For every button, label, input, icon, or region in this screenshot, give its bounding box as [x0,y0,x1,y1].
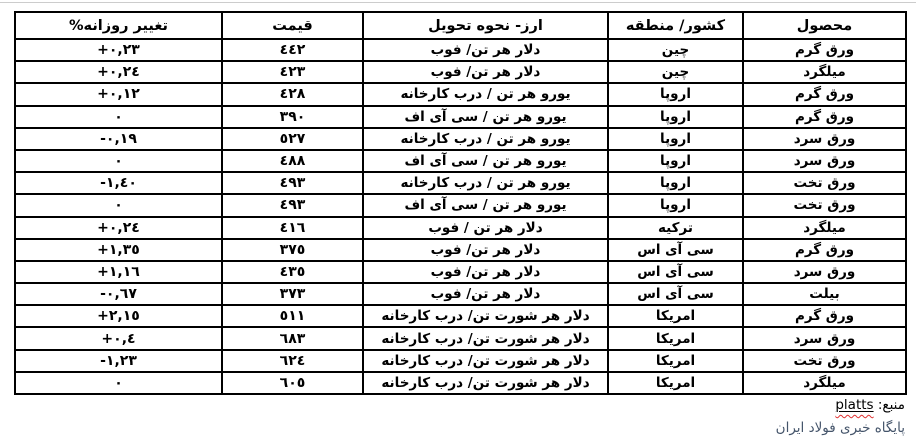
change-cell: +٠,٢٤ [15,217,222,239]
table-row: ورق تخت امریکا دلار هر شورت تن/ درب کارخ… [15,350,906,372]
source-line: منبع: platts [835,397,905,413]
change-cell: ٠ [15,150,222,172]
price-cell: ٤٢٨ [222,83,363,105]
table-row: میلگرد ترکیه دلار هر تن / فوب ٤١٦ +٠,٢٤ [15,217,906,239]
price-cell: ٦٢٤ [222,350,363,372]
change-cell: -١,٤٠ [15,172,222,194]
spellcheck-squiggle: platts [835,397,873,413]
price-cell: ٤٨٨ [222,150,363,172]
product-cell: میلگرد [743,372,906,394]
price-cell: ٣٩٠ [222,106,363,128]
price-cell: ٥١١ [222,305,363,327]
table-row: میلگرد چین دلار هر تن/ فوب ٤٢٣ +٠,٢٤ [15,61,906,83]
product-cell: میلگرد [743,61,906,83]
currency-cell: دلار هر تن/ فوب [363,239,608,261]
region-cell: چین [608,39,743,61]
region-cell: اروپا [608,172,743,194]
table-row: میلگرد امریکا دلار هر شورت تن/ درب کارخا… [15,372,906,394]
currency-cell: دلار هر تن/ فوب [363,39,608,61]
price-cell: ٥٢٧ [222,128,363,150]
header-row: محصول کشور/ منطقه ارز- نحوه تحویل قیمت ت… [15,12,906,39]
region-cell: امریکا [608,327,743,349]
price-cell: ٣٧٥ [222,239,363,261]
site-name: پایگاه خبری فولاد ایران [776,420,905,436]
region-cell: امریکا [608,372,743,394]
currency-cell: دلار هر شورت تن/ درب کارخانه [363,350,608,372]
table-row: ورق گرم سی آی اس دلار هر تن/ فوب ٣٧٥ +١,… [15,239,906,261]
product-cell: ورق گرم [743,239,906,261]
change-cell: +٠,٢٣ [15,39,222,61]
region-cell: اروپا [608,150,743,172]
product-cell: ورق گرم [743,39,906,61]
currency-cell: دلار هر شورت تن/ درب کارخانه [363,327,608,349]
change-cell: ٠ [15,106,222,128]
currency-cell: دلار هر تن/ فوب [363,283,608,305]
region-cell: امریکا [608,350,743,372]
change-cell: -٠,١٩ [15,128,222,150]
change-cell: -٠,٦٧ [15,283,222,305]
region-cell: سی آی اس [608,239,743,261]
product-cell: ورق سرد [743,150,906,172]
region-cell: امریکا [608,305,743,327]
table-row: ورق گرم چین دلار هر تن/ فوب ٤٤٢ +٠,٢٣ [15,39,906,61]
table-row: ورق گرم اروپا یورو هر تن / درب کارخانه ٤… [15,83,906,105]
product-cell: ورق گرم [743,106,906,128]
product-cell: میلگرد [743,217,906,239]
region-cell: اروپا [608,128,743,150]
table-row: ورق تخت اروپا یورو هر تن / سی آی اف ٤٩٣ … [15,194,906,216]
change-cell: +٠,٤ [15,327,222,349]
product-cell: بیلت [743,283,906,305]
currency-cell: یورو هر تن / سی آی اف [363,150,608,172]
currency-cell: دلار هر شورت تن/ درب کارخانه [363,305,608,327]
region-cell: اروپا [608,83,743,105]
price-cell: ٤٤٢ [222,39,363,61]
currency-cell: دلار هر شورت تن/ درب کارخانه [363,372,608,394]
currency-cell: دلار هر تن / فوب [363,217,608,239]
change-cell: +٠,٢٤ [15,61,222,83]
source-link[interactable]: platts [835,397,873,413]
region-cell: سی آی اس [608,261,743,283]
header-currency-terms: ارز- نحوه تحویل [363,12,608,39]
change-cell: +٠,١٢ [15,83,222,105]
currency-cell: دلار هر تن/ فوب [363,61,608,83]
change-cell: -١,٢٣ [15,350,222,372]
change-cell: ٠ [15,194,222,216]
table-header: محصول کشور/ منطقه ارز- نحوه تحویل قیمت ت… [15,12,906,39]
price-cell: ٤٢٣ [222,61,363,83]
table-row: ورق سرد امریکا دلار هر شورت تن/ درب کارخ… [15,327,906,349]
product-cell: ورق گرم [743,305,906,327]
header-country-region: کشور/ منطقه [608,12,743,39]
header-product: محصول [743,12,906,39]
change-cell: +١,٣٥ [15,239,222,261]
source-label: منبع: [878,397,905,413]
table-row: ورق تخت اروپا یورو هر تن / درب کارخانه ٤… [15,172,906,194]
table-row: ورق گرم امریکا دلار هر شورت تن/ درب کارخ… [15,305,906,327]
price-cell: ٣٧٣ [222,283,363,305]
table-row: ورق سرد اروپا یورو هر تن / درب کارخانه ٥… [15,128,906,150]
price-cell: ٦٠٥ [222,372,363,394]
region-cell: چین [608,61,743,83]
region-cell: اروپا [608,194,743,216]
product-cell: ورق تخت [743,350,906,372]
table-row: ورق سرد سی آی اس دلار هر تن/ فوب ٤٣٥ +١,… [15,261,906,283]
currency-cell: یورو هر تن / سی آی اف [363,194,608,216]
product-cell: ورق گرم [743,83,906,105]
region-cell: سی آی اس [608,283,743,305]
product-cell: ورق سرد [743,261,906,283]
currency-cell: دلار هر تن/ فوب [363,261,608,283]
change-cell: +٢,١٥ [15,305,222,327]
price-cell: ٤٩٣ [222,194,363,216]
product-cell: ورق سرد [743,327,906,349]
currency-cell: یورو هر تن / درب کارخانه [363,83,608,105]
table-row: ورق گرم اروپا یورو هر تن / سی آی اف ٣٩٠ … [15,106,906,128]
currency-cell: یورو هر تن / درب کارخانه [363,172,608,194]
table-row: ورق سرد اروپا یورو هر تن / سی آی اف ٤٨٨ … [15,150,906,172]
region-cell: اروپا [608,106,743,128]
table-body: ورق گرم چین دلار هر تن/ فوب ٤٤٢ +٠,٢٣ می… [15,39,906,394]
table-row: بیلت سی آی اس دلار هر تن/ فوب ٣٧٣ -٠,٦٧ [15,283,906,305]
header-price: قیمت [222,12,363,39]
window-top-divider [0,2,916,3]
price-cell: ٤١٦ [222,217,363,239]
product-cell: ورق تخت [743,194,906,216]
product-cell: ورق تخت [743,172,906,194]
change-cell: +١,١٦ [15,261,222,283]
product-cell: ورق سرد [743,128,906,150]
price-cell: ٤٣٥ [222,261,363,283]
price-cell: ٦٨٣ [222,327,363,349]
price-cell: ٤٩٣ [222,172,363,194]
steel-price-table: محصول کشور/ منطقه ارز- نحوه تحویل قیمت ت… [14,11,907,395]
currency-cell: یورو هر تن / درب کارخانه [363,128,608,150]
change-cell: ٠ [15,372,222,394]
currency-cell: یورو هر تن / سی آی اف [363,106,608,128]
header-daily-change: تغییر روزانه% [15,12,222,39]
region-cell: ترکیه [608,217,743,239]
